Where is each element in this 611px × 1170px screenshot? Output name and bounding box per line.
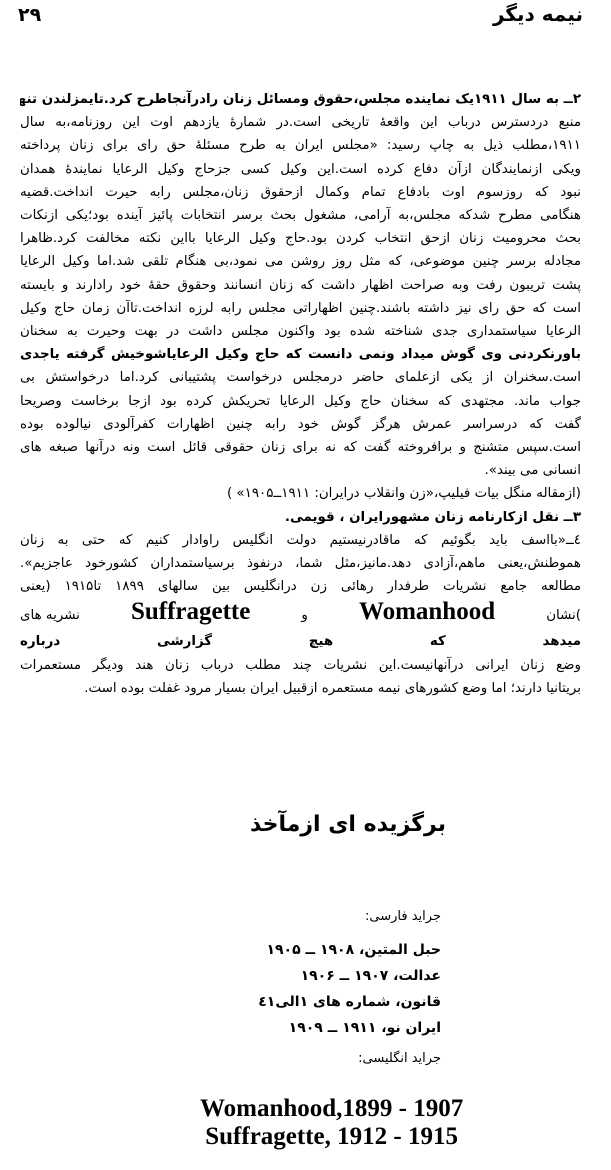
note2-line: است.سپس متشنج و برافروخته گفت که نه برای… [20, 436, 581, 459]
note2-line: است که حق رای نیز داشته باشند.چنین اظهار… [20, 297, 581, 320]
note2-line: پشت تریبون رفت وبه صراحت اظهار داشت که ز… [20, 274, 581, 297]
note4-conjunction: و [301, 604, 307, 627]
persian-journal-item: قانون، شماره های ۱الی٤۱ [258, 989, 441, 1015]
note4-journals-prefix: نشریه های [20, 604, 80, 627]
persian-journal-item: ایران نو، ۱۹۱۱ ــ ۱۹۰۹ [258, 1015, 441, 1041]
note4-journals-line: نشریه های Suffragette و Womanhood )نشان [20, 600, 581, 630]
note4-line: ٤ــ«بااسف باید بگوئیم که ماقادرنیستیم دو… [20, 529, 581, 552]
note3-text: ۳ــ نقل ازکارنامه زنان مشهورایران ، قویم… [20, 506, 581, 529]
note2-line: مجادله برسر چنین موضوعی، که مثل روز روشن… [20, 250, 581, 273]
note2-line: ویکی ازنمایندگان ازآن دفاع کرده است.این … [20, 158, 581, 181]
note2-line: الرعایا سیاستمداری جدی شناخته شده بود وا… [20, 320, 581, 343]
note2-line: انسانی می بیند». [20, 459, 581, 482]
running-head-title: نیمه دیگر [493, 2, 583, 26]
journal-name-womanhood: Womanhood [359, 600, 495, 623]
note2-line: ۱۹۱۱،مطلب ذیل به چاپ رسید: «مجلس ایران ب… [20, 134, 581, 157]
page-number: ۲۹ [18, 4, 41, 26]
journal-name-suffragette: Suffragette [131, 600, 250, 623]
english-journal-item: Womanhood,1899 - 1907 [200, 1095, 463, 1123]
note2-line: منبع دردسترس درباب این واقعهٔ تاریخی است… [20, 111, 581, 134]
persian-journals-label: جراید فارسی: [258, 905, 441, 929]
note2-line: بحث محرومیت زنان ازحق انتخاب کردن بود.حا… [20, 227, 581, 250]
note2-line: جواب ماند. مجتهدی که سخنان حاج وکیل الرع… [20, 390, 581, 413]
note2-line: نبود که روزسوم اوت بادفاع تمام وکمال ازح… [20, 181, 581, 204]
note4-journals-suffix: )نشان [546, 604, 581, 627]
note4-line: بریتانیا دارند؛ اما وضع کشورهای نیمه مست… [20, 677, 581, 700]
note2-line: گفت که درسراسر عمرش هرگز گوش خود رابه چن… [20, 413, 581, 436]
notes-body: ۲ــ به سال ۱۹۱۱یک نماینده مجلس،حقوق ومسا… [20, 88, 581, 700]
note2-line: باورنکردنی وی گوش میداد ونمی دانست که حا… [20, 343, 581, 366]
english-journal-item: Suffragette, 1912 - 1915 [200, 1123, 463, 1151]
english-journals-label: جراید انگلیسی: [258, 1047, 441, 1071]
note4-line: هموطنش،یعنی ماهم،آزادی دهد.مانیز،مثل شما… [20, 552, 581, 575]
note4-line: مطالعه جامع نشریات طرفدار رهائی زن درانگ… [20, 575, 581, 598]
persian-journal-item: عدالت، ۱۹۰۷ ــ ۱۹۰۶ [258, 963, 441, 989]
english-journals-list: Womanhood,1899 - 1907 Suffragette, 1912 … [200, 1095, 463, 1151]
sources-title: برگزیده ای ازمآخذ [250, 812, 446, 837]
persian-journal-item: حبل المتین، ۱۹۰۸ ــ ۱۹۰۵ [258, 937, 441, 963]
note4-line: وضع زنان ایرانی درآنهانیست.این نشریات چن… [20, 654, 581, 677]
sources-list: جراید فارسی: حبل المتین، ۱۹۰۸ ــ ۱۹۰۵ عد… [258, 905, 441, 1071]
note2-line: است.سخنران از یکی ازعلمای حاضر درمجلس در… [20, 366, 581, 389]
note4-spaced-line: میدهد که هیچ گزارشی درباره [20, 630, 581, 653]
note2-line: هنگامی مطرح شدکه مجلس،به آرامی، مشغول بح… [20, 204, 581, 227]
note2-line: ۲ــ به سال ۱۹۱۱یک نماینده مجلس،حقوق ومسا… [20, 88, 581, 111]
note2-citation: (ازمقاله منگل بیات فیلیپ،«زن وانقلاب درا… [20, 482, 581, 505]
